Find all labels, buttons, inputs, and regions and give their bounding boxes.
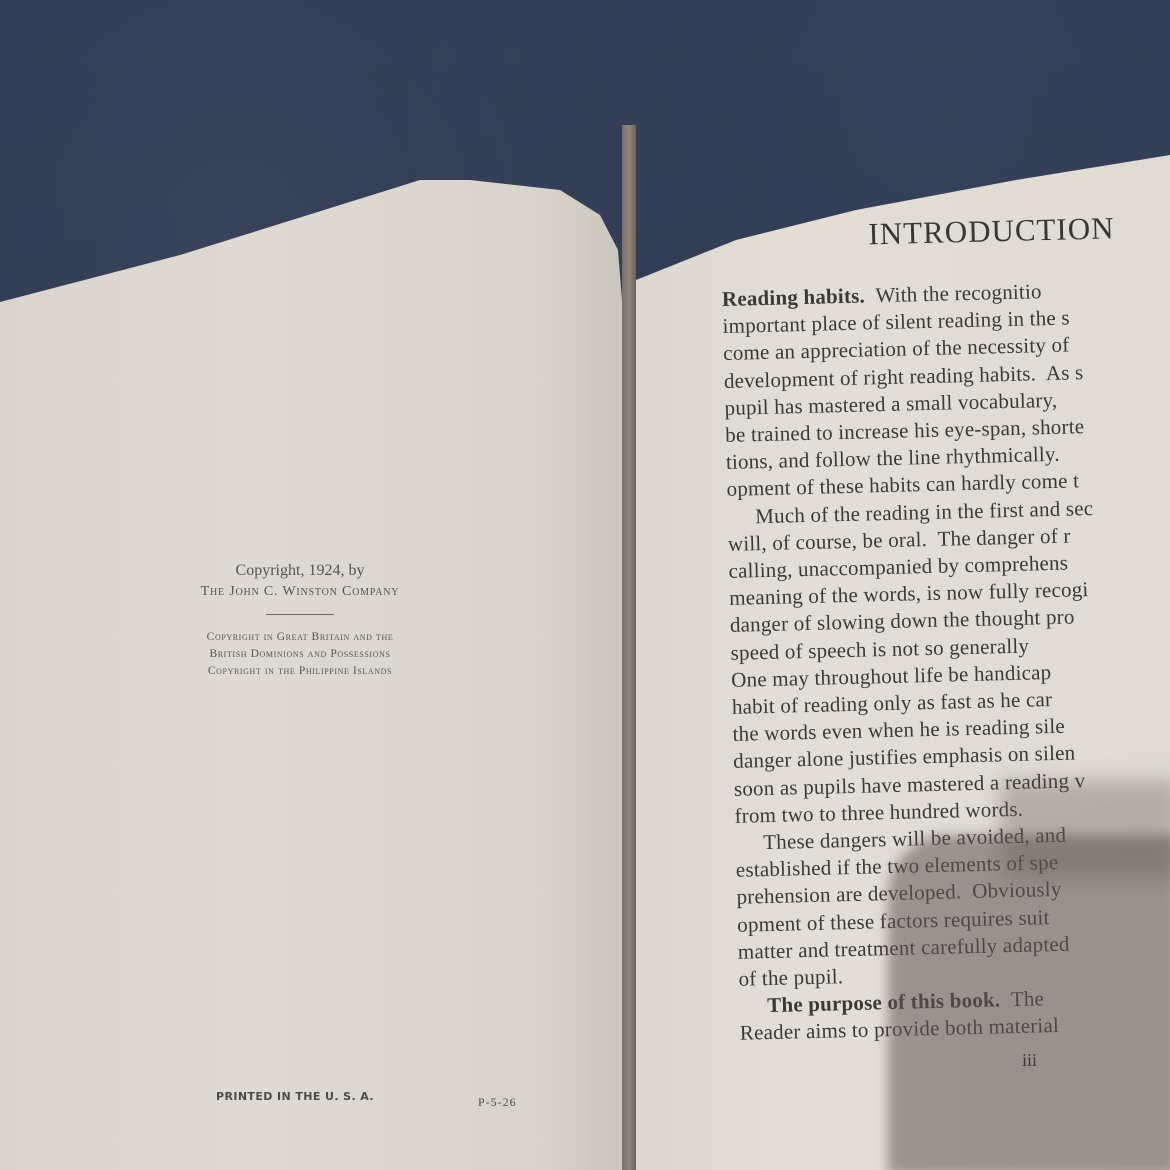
- copyright-block: Copyright, 1924, by The John C. Winston …: [160, 560, 440, 680]
- rights-line: Copyright in the Philippine Islands: [160, 663, 440, 680]
- section-heading: Reading habits.: [722, 283, 866, 310]
- line-text: of the pupil.: [738, 964, 843, 991]
- book-gutter: [622, 125, 636, 1170]
- hand-shadow: [888, 835, 1170, 1170]
- line-text: With the recognitio: [865, 279, 1042, 307]
- rights-line: British Dominions and Possessions: [160, 646, 440, 663]
- printed-in-label: PRINTED IN THE U. S. A.: [216, 1090, 374, 1103]
- print-code: P-5-26: [478, 1095, 517, 1110]
- page-title: INTRODUCTION: [868, 209, 1170, 253]
- copyright-line: Copyright, 1924, by: [160, 560, 440, 582]
- divider-rule: [266, 614, 334, 615]
- page-number: iii: [1022, 1050, 1037, 1071]
- publisher-name: The John C. Winston Company: [160, 582, 440, 602]
- rights-line: Copyright in Great Britain and the: [160, 629, 440, 646]
